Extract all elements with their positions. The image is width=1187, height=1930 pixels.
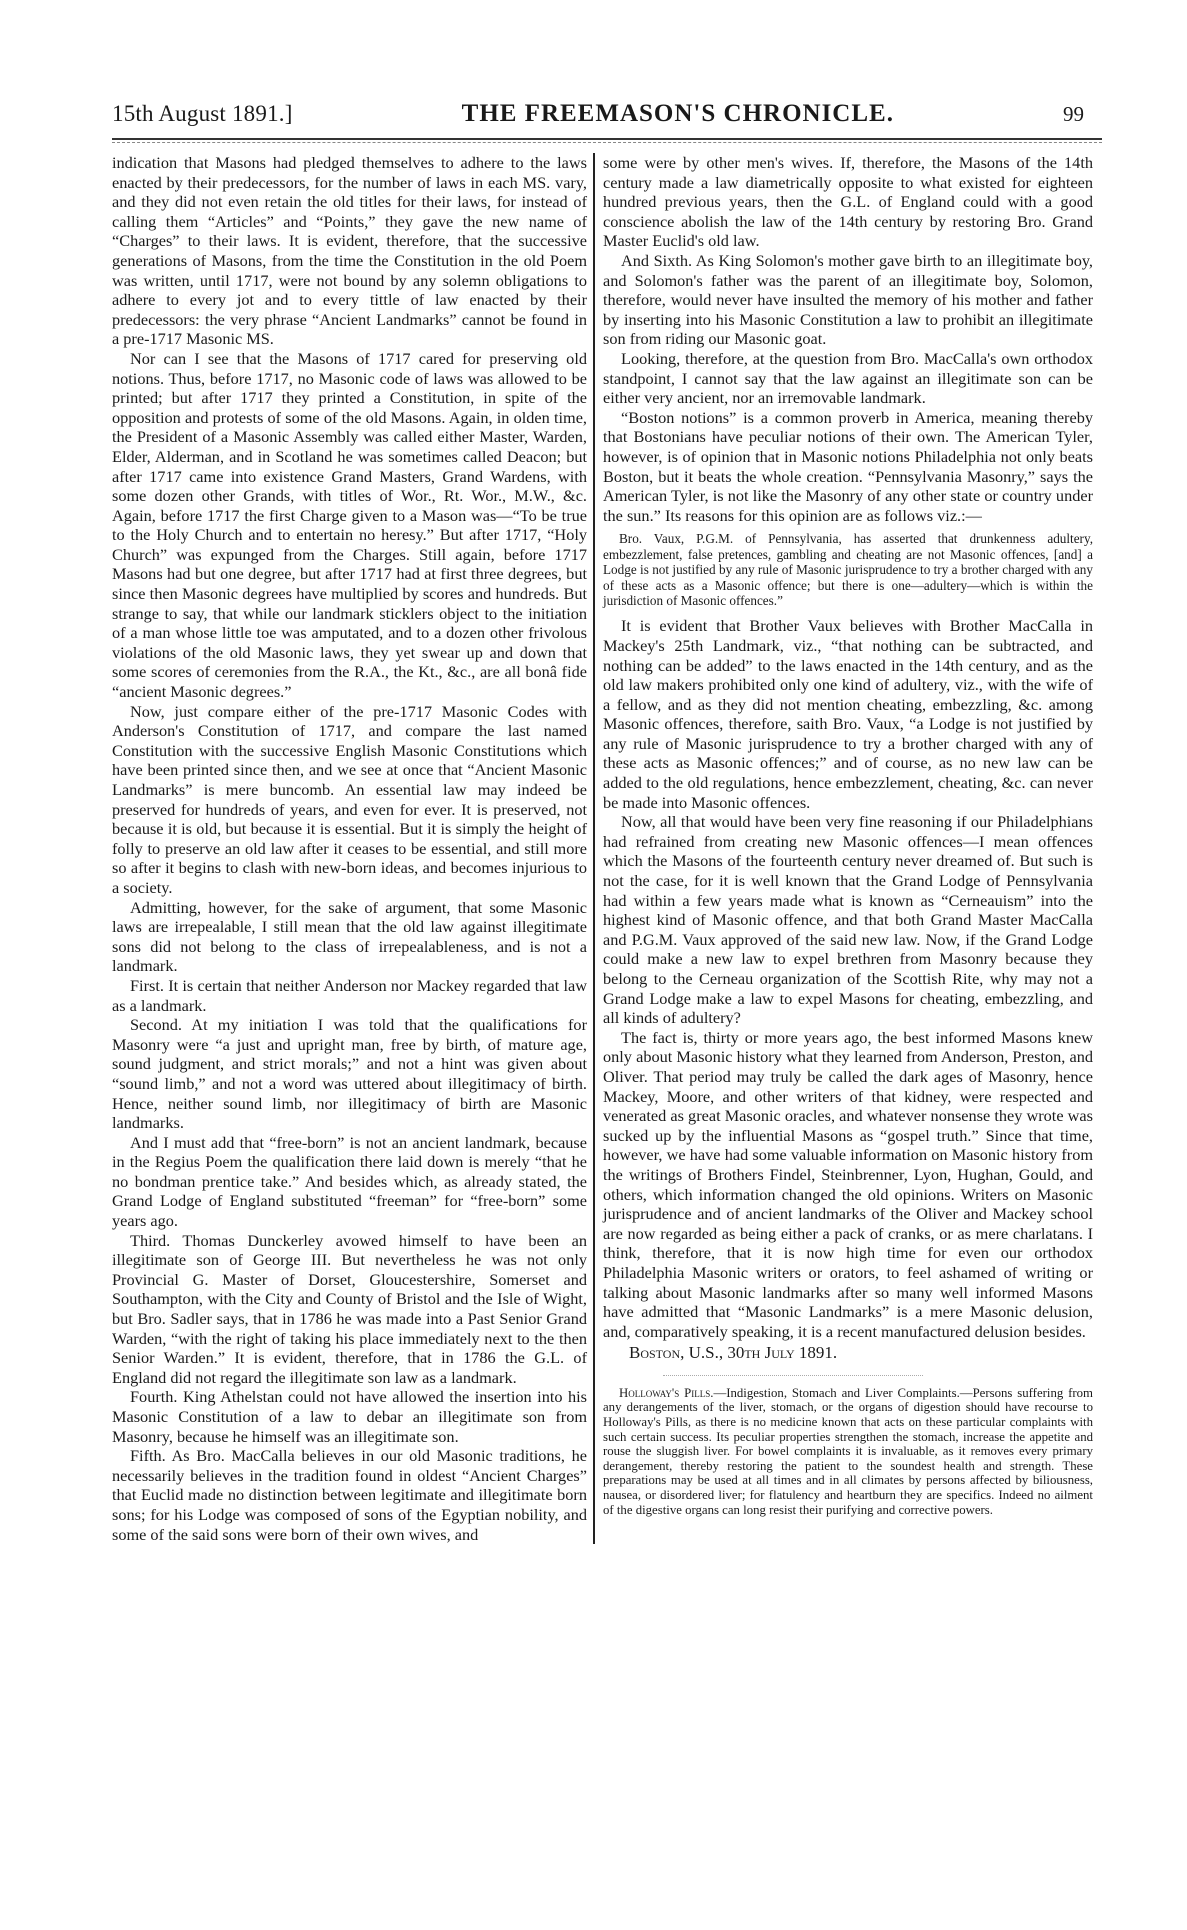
quote-text: Bro. Vaux, P.G.M. of Pennsylvania, has a… (603, 531, 1093, 608)
section-divider (663, 1375, 923, 1376)
paragraph: Looking, therefore, at the question from… (603, 349, 1093, 408)
paragraph: indication that Masons had pledged thems… (112, 153, 587, 349)
left-column: indication that Masons had pledged thems… (112, 153, 593, 1544)
masthead: 15th August 1891.] THE FREEMASON'S CHRON… (112, 100, 1102, 134)
paragraph: Nor can I see that the Masons of 1717 ca… (112, 349, 587, 702)
paragraph: First. It is certain that neither Anders… (112, 976, 587, 1015)
page-number: 99 (1063, 102, 1084, 127)
advertisement-text: Holloway's Pills.—Indigestion, Stomach a… (603, 1386, 1093, 1517)
paragraph: “Boston notions” is a common proverb in … (603, 408, 1093, 526)
issue-date: 15th August 1891.] (112, 101, 293, 127)
advertisement-body: —Indigestion, Stomach and Liver Complain… (603, 1386, 1093, 1517)
paragraph: And I must add that “free-born” is not a… (112, 1133, 587, 1231)
paragraph: Fourth. King Athelstan could not have al… (112, 1387, 587, 1446)
paragraph: some were by other men's wives. If, ther… (603, 153, 1093, 251)
right-column: some were by other men's wives. If, ther… (593, 153, 1093, 1544)
paragraph: It is evident that Brother Vaux believes… (603, 616, 1093, 812)
paragraph: And Sixth. As King Solomon's mother gave… (603, 251, 1093, 349)
block-quote: Bro. Vaux, P.G.M. of Pennsylvania, has a… (603, 531, 1093, 608)
paragraph: The fact is, thirty or more years ago, t… (603, 1028, 1093, 1342)
paragraph: Third. Thomas Dunckerley avowed himself … (112, 1231, 587, 1388)
paragraph: Fifth. As Bro. MacCalla believes in our … (112, 1446, 587, 1544)
paragraph: Admitting, however, for the sake of argu… (112, 898, 587, 976)
publication-title: THE FREEMASON'S CHRONICLE. (462, 100, 894, 128)
paragraph: Now, all that would have been very fine … (603, 812, 1093, 1028)
advertisement-heading: Holloway's Pills. (619, 1386, 713, 1400)
article-columns: indication that Masons had pledged thems… (112, 153, 1102, 1544)
paragraph: Second. At my initiation I was told that… (112, 1015, 587, 1133)
newspaper-page: 15th August 1891.] THE FREEMASON'S CHRON… (112, 100, 1102, 1544)
header-rule-dashed (112, 142, 1102, 143)
paragraph: Now, just compare either of the pre-1717… (112, 702, 587, 898)
advertisement: Holloway's Pills.—Indigestion, Stomach a… (603, 1386, 1093, 1517)
signoff: Boston, U.S., 30th July 1891. (603, 1343, 1093, 1363)
header-rule (112, 138, 1102, 140)
